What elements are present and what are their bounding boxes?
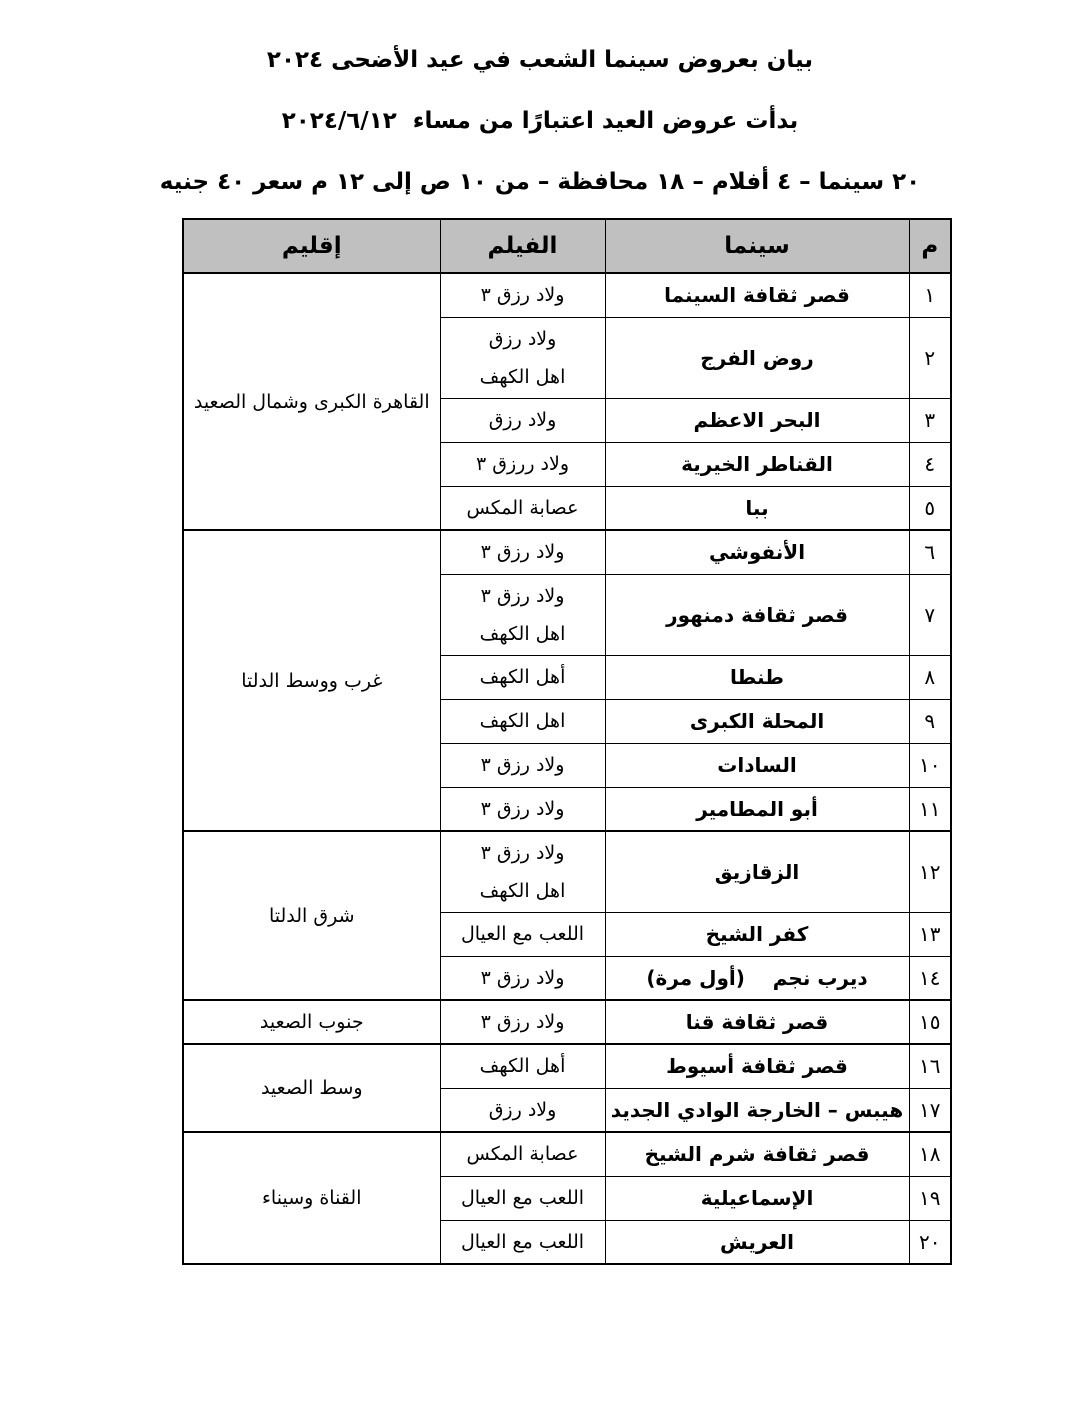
film-cell: ولاد رزق ٣ اهل الكهف [440,831,605,912]
table-row: ١٨ قصر ثقافة شرم الشيخ عصابة المكس القنا… [183,1132,951,1176]
table-row: ٦ الأنفوشي ولاد رزق ٣ غرب ووسط الدلتا [183,530,951,574]
cinema-cell: المحلة الكبرى [605,699,909,743]
cinema-cell: ديرب نجم (أول مرة) [605,956,909,1000]
table-row: ١٦ قصر ثقافة أسيوط أهل الكهف وسط الصعيد [183,1044,951,1088]
film-cell: عصابة المكس [440,486,605,530]
region-cell: جنوب الصعيد [183,1000,440,1044]
cinema-cell: العريش [605,1220,909,1264]
num-cell: ٤ [909,442,951,486]
cinema-cell: قصر ثقافة أسيوط [605,1044,909,1088]
num-cell: ١٣ [909,912,951,956]
num-cell: ٣ [909,398,951,442]
region-cell: غرب ووسط الدلتا [183,530,440,831]
num-cell: ٧ [909,574,951,655]
region-group-5: ١٦ قصر ثقافة أسيوط أهل الكهف وسط الصعيد … [183,1044,951,1132]
region-cell: القاهرة الكبرى وشمال الصعيد [183,273,440,530]
film-name: اهل الكهف [445,701,601,741]
num-cell: ١١ [909,787,951,831]
film-name: اهل الكهف [445,615,601,653]
cinema-cell: الإسماعيلية [605,1176,909,1220]
film-name: اللعب مع العيال [445,914,601,954]
film-name: أهل الكهف [445,1046,601,1086]
cinema-schedule-table: م سينما الفيلم إقليم ١ قصر ثقافة السينما… [182,218,952,1265]
document-page: بيان بعروض سينما الشعب في عيد الأضحى ٢٠٢… [0,0,1080,1406]
num-cell: ١٩ [909,1176,951,1220]
film-name: عصابة المكس [445,1134,601,1174]
cinema-cell: روض الفرج [605,317,909,398]
num-cell: ٢٠ [909,1220,951,1264]
film-name: ولاد رزق [445,400,601,440]
num-cell: ٦ [909,530,951,574]
film-cell: أهل الكهف [440,655,605,699]
cinema-cell: قصر ثقافة دمنهور [605,574,909,655]
region-cell: شرق الدلتا [183,831,440,1000]
cinema-cell: القناطر الخيرية [605,442,909,486]
film-cell: اهل الكهف [440,699,605,743]
column-header-film: الفيلم [440,219,605,273]
num-cell: ١ [909,273,951,317]
film-cell: ولاد رزق اهل الكهف [440,317,605,398]
film-cell: ولاد ررزق ٣ [440,442,605,486]
num-cell: ١٥ [909,1000,951,1044]
num-cell: ١٠ [909,743,951,787]
film-cell: ولاد رزق ٣ [440,956,605,1000]
film-name: ولاد رزق ٣ [445,577,601,615]
film-cell: ولاد رزق ٣ [440,1000,605,1044]
region-group-6: ١٨ قصر ثقافة شرم الشيخ عصابة المكس القنا… [183,1132,951,1264]
num-cell: ١٧ [909,1088,951,1132]
film-cell: ولاد رزق ٣ [440,787,605,831]
film-name: ولاد رزق [445,1090,601,1130]
cinema-cell: كفر الشيخ [605,912,909,956]
cinema-cell: طنطا [605,655,909,699]
region-cell: وسط الصعيد [183,1044,440,1132]
num-cell: ١٢ [909,831,951,912]
table-row: ١ قصر ثقافة السينما ولاد رزق ٣ القاهرة ا… [183,273,951,317]
film-name: ولاد رزق ٣ [445,958,601,998]
column-header-cinema: سينما [605,219,909,273]
cinema-cell: أبو المطامير [605,787,909,831]
cinema-cell: قصر ثقافة شرم الشيخ [605,1132,909,1176]
film-cell: ولاد رزق ٣ [440,530,605,574]
title-line-3: ٢٠ سينما – ٤ أفلام – ١٨ محافظة – من ١٠ ص… [0,152,1080,213]
film-cell: عصابة المكس [440,1132,605,1176]
film-name: ولاد رزق ٣ [445,1002,601,1042]
cinema-cell: الأنفوشي [605,530,909,574]
film-name: ولاد رزق ٣ [445,834,601,872]
film-cell: اللعب مع العيال [440,1176,605,1220]
table-row: ١٥ قصر ثقافة قنا ولاد رزق ٣ جنوب الصعيد [183,1000,951,1044]
document-header: بيان بعروض سينما الشعب في عيد الأضحى ٢٠٢… [0,0,1080,213]
num-cell: ٩ [909,699,951,743]
title-line-2: بدأت عروض العيد اعتبارًا من مساء ٢٠٢٤/٦/… [0,91,1080,152]
cinema-cell: قصر ثقافة قنا [605,1000,909,1044]
film-cell: ولاد رزق [440,1088,605,1132]
region-cell: القناة وسيناء [183,1132,440,1264]
film-name: ولاد رزق [445,320,601,358]
film-name: اللعب مع العيال [445,1178,601,1218]
film-cell: ولاد رزق [440,398,605,442]
film-name: اللعب مع العيال [445,1222,601,1262]
film-cell: ولاد رزق ٣ [440,743,605,787]
cinema-cell: ببا [605,486,909,530]
film-cell: أهل الكهف [440,1044,605,1088]
film-cell: ولاد رزق ٣ [440,273,605,317]
film-name: اهل الكهف [445,358,601,396]
cinema-cell: البحر الاعظم [605,398,909,442]
table-row: ١٢ الزقازيق ولاد رزق ٣ اهل الكهف شرق الد… [183,831,951,912]
cinema-cell: الزقازيق [605,831,909,912]
num-cell: ٨ [909,655,951,699]
film-name: اهل الكهف [445,872,601,910]
num-cell: ٥ [909,486,951,530]
table-header-row: م سينما الفيلم إقليم [183,219,951,273]
region-group-2: ٦ الأنفوشي ولاد رزق ٣ غرب ووسط الدلتا ٧ … [183,530,951,831]
film-name: ولاد رزق ٣ [445,745,601,785]
cinema-cell: قصر ثقافة السينما [605,273,909,317]
column-header-num: م [909,219,951,273]
film-cell: اللعب مع العيال [440,1220,605,1264]
column-header-region: إقليم [183,219,440,273]
film-name: ولاد رزق ٣ [445,789,601,829]
film-name: ولاد رزق ٣ [445,532,601,572]
film-cell: ولاد رزق ٣ اهل الكهف [440,574,605,655]
film-name: ولاد ررزق ٣ [445,444,601,484]
region-group-3: ١٢ الزقازيق ولاد رزق ٣ اهل الكهف شرق الد… [183,831,951,1000]
cinema-cell: السادات [605,743,909,787]
cinema-cell: هيبس – الخارجة الوادي الجديد [605,1088,909,1132]
film-name: عصابة المكس [445,488,601,528]
region-group-4: ١٥ قصر ثقافة قنا ولاد رزق ٣ جنوب الصعيد [183,1000,951,1044]
film-name: أهل الكهف [445,657,601,697]
num-cell: ١٨ [909,1132,951,1176]
num-cell: ١٤ [909,956,951,1000]
region-group-1: ١ قصر ثقافة السينما ولاد رزق ٣ القاهرة ا… [183,273,951,530]
num-cell: ١٦ [909,1044,951,1088]
film-cell: اللعب مع العيال [440,912,605,956]
title-line-1: بيان بعروض سينما الشعب في عيد الأضحى ٢٠٢… [0,30,1080,91]
film-name: ولاد رزق ٣ [445,275,601,315]
num-cell: ٢ [909,317,951,398]
